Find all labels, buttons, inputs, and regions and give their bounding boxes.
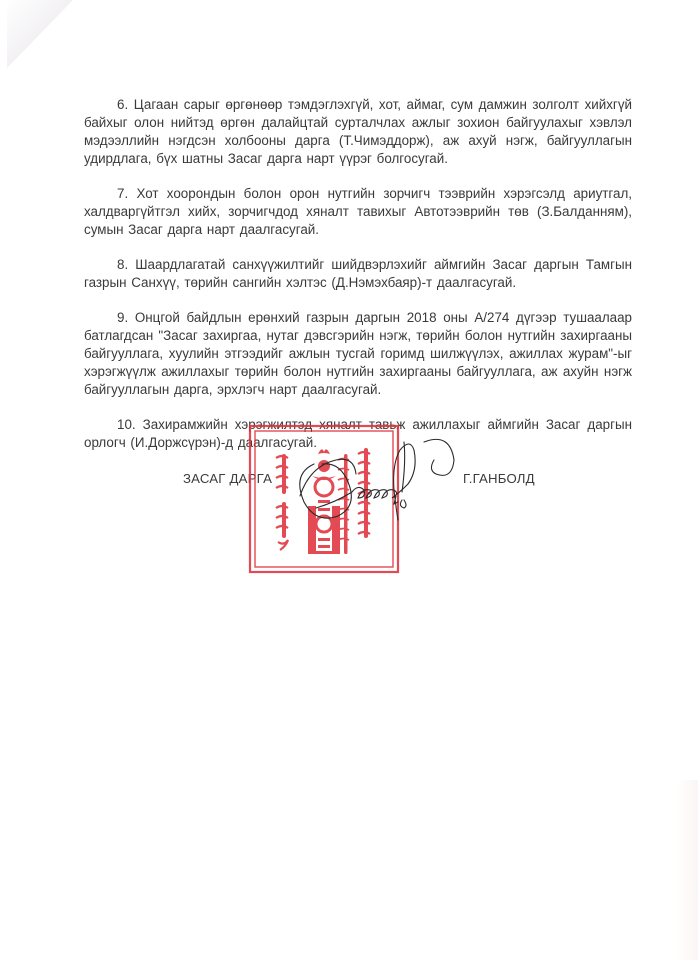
handwritten-signature-icon xyxy=(296,436,456,536)
paragraph-9: 9. Онцгой байдлын ерөнхий газрын даргын … xyxy=(84,309,632,399)
signatory-name: Г.ГАНБОЛД xyxy=(463,471,535,486)
page-fold-corner xyxy=(6,0,74,70)
page-edge-shading xyxy=(676,780,698,960)
paragraph-8: 8. Шаардлагатай санхүүжилтийг шийдвэрлэх… xyxy=(84,256,632,292)
document-body: 6. Цагаан сарыг өргөнөөр тэмдэглэхгүй, х… xyxy=(84,96,632,452)
paragraph-7: 7. Хот хоорондын болон орон нутгийн зорч… xyxy=(84,185,632,239)
paragraph-6: 6. Цагаан сарыг өргөнөөр тэмдэглэхгүй, х… xyxy=(84,96,632,168)
